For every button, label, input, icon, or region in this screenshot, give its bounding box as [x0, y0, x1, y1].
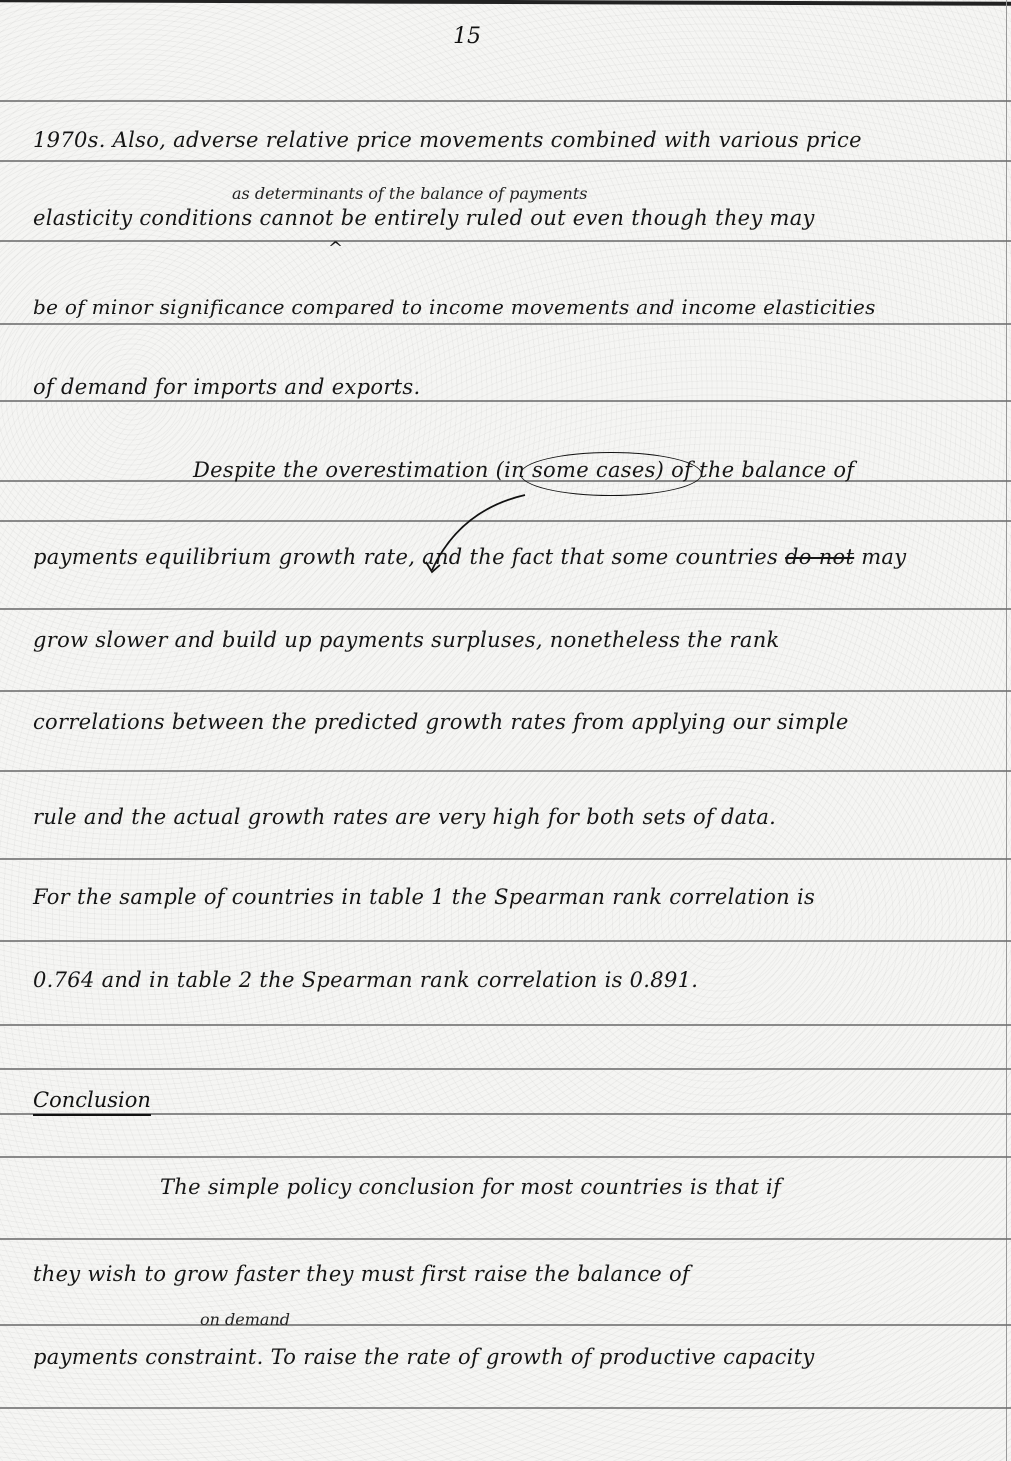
text-line-2: elasticity conditions cannot be entirely… — [33, 206, 815, 230]
circled-annotation — [520, 452, 702, 496]
ruled-line — [0, 100, 1011, 102]
ruled-line — [0, 1068, 1011, 1070]
conclusion-line-2: they wish to grow faster they must first… — [33, 1262, 690, 1286]
page-right-edge — [1006, 0, 1007, 1461]
text-line-1: 1970s. Also, adverse relative price move… — [33, 128, 862, 152]
conclusion-line-1: The simple policy conclusion for most co… — [160, 1175, 781, 1199]
ruled-line — [0, 1407, 1011, 1409]
ruled-line — [0, 608, 1011, 610]
ruled-line — [0, 240, 1011, 242]
text-line-6-main: payments equilibrium growth rate, and th… — [33, 545, 778, 569]
ruled-line — [0, 323, 1011, 325]
text-line-8: correlations between the predicted growt… — [33, 710, 849, 734]
text-line-3: be of minor significance compared to inc… — [33, 295, 876, 319]
ruled-line — [0, 1024, 1011, 1026]
ruled-line — [0, 770, 1011, 772]
ruled-line — [0, 1113, 1011, 1115]
page-top-edge — [0, 0, 1011, 6]
text-line-6: payments equilibrium growth rate, and th… — [33, 545, 906, 569]
ruled-line — [0, 160, 1011, 162]
insertion-above-line-14: on demand — [200, 1310, 290, 1329]
text-line-6-tail: may — [861, 545, 906, 569]
text-line-4: of demand for imports and exports. — [33, 375, 420, 399]
ruled-line — [0, 1238, 1011, 1240]
insertion-caret: ^ — [328, 238, 343, 259]
ruled-line — [0, 858, 1011, 860]
ruled-line — [0, 1156, 1011, 1158]
ruled-line — [0, 1324, 1011, 1326]
ruled-line — [0, 520, 1011, 522]
ruled-line — [0, 690, 1011, 692]
ruled-line — [0, 400, 1011, 402]
text-line-7: grow slower and build up payments surplu… — [33, 628, 780, 652]
text-line-11: 0.764 and in table 2 the Spearman rank c… — [33, 968, 698, 992]
insertion-above-line-2: as determinants of the balance of paymen… — [232, 184, 588, 203]
ruled-line — [0, 940, 1011, 942]
section-heading-conclusion: Conclusion — [33, 1088, 151, 1116]
text-line-9: rule and the actual growth rates are ver… — [33, 805, 776, 829]
struck-out-word: do not — [785, 545, 854, 569]
text-line-10: For the sample of countries in table 1 t… — [33, 885, 815, 909]
scanned-page: 15 1970s. Also, adverse relative price m… — [0, 0, 1011, 1461]
conclusion-line-3: payments constraint. To raise the rate o… — [33, 1345, 815, 1369]
page-number: 15 — [453, 24, 481, 49]
